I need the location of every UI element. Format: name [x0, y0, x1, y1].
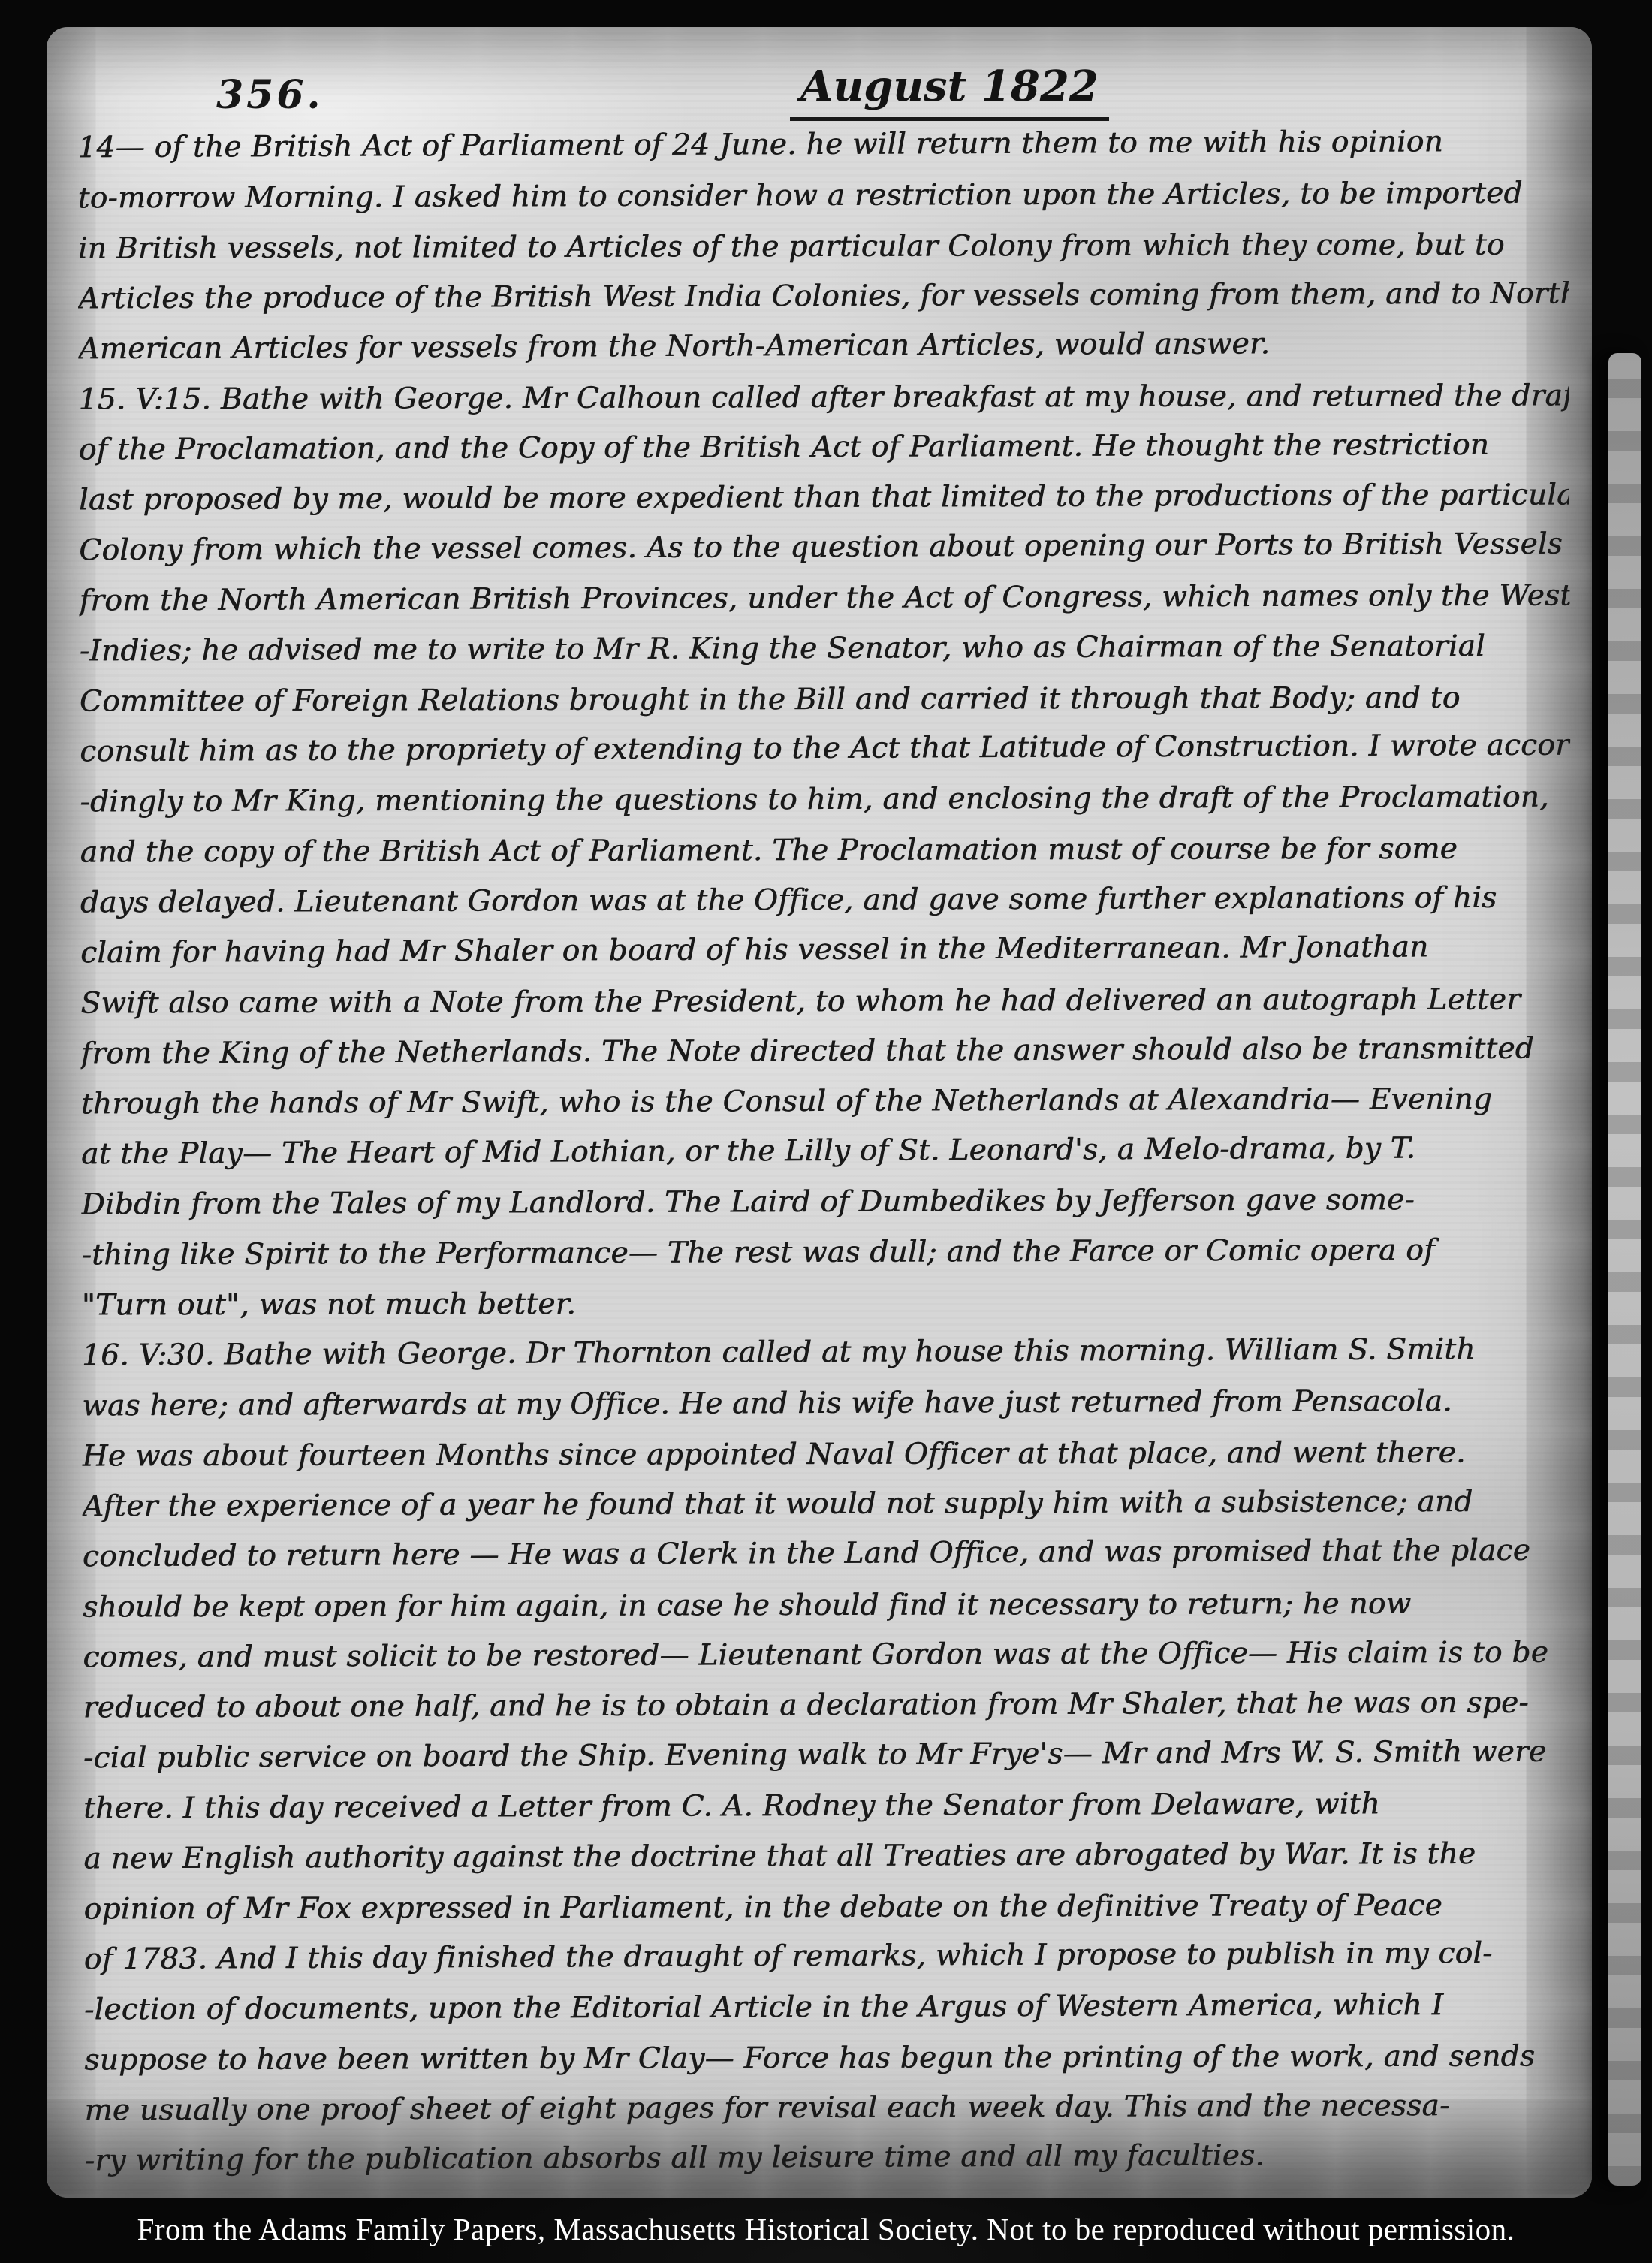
manuscript-line: Committee of Foreign Relations brought i…	[80, 672, 1570, 726]
manuscript-line: in British vessels, not limited to Artic…	[78, 219, 1569, 273]
manuscript-line: should be kept open for him again, in ca…	[83, 1578, 1573, 1632]
manuscript-line: suppose to have been written by Mr Clay—…	[84, 2031, 1575, 2085]
manuscript-line: -Indies; he advised me to write to Mr R.…	[80, 621, 1570, 677]
manuscript-line: days delayed. Lieutenant Gordon was at t…	[80, 873, 1571, 928]
manuscript-line: of 1783. And I this day finished the dra…	[84, 1928, 1575, 1985]
manuscript-page: 356. August 1822 14— of the British Act …	[47, 27, 1592, 2198]
manuscript-line: at the Play— The Heart of Mid Lothian, o…	[81, 1123, 1572, 1180]
manuscript-line: "Turn out", was not much better.	[82, 1276, 1572, 1330]
page-number: 356.	[216, 72, 324, 118]
manuscript-line: through the hands of Mr Swift, who is th…	[81, 1074, 1572, 1130]
manuscript-line: Colony from which the vessel comes. As t…	[79, 519, 1569, 576]
adjacent-page-edge	[1608, 353, 1641, 2186]
manuscript-line: concluded to return here — He was a Cler…	[83, 1525, 1573, 1583]
manuscript-line: Dibdin from the Tales of my Landlord. Th…	[81, 1175, 1572, 1230]
manuscript-line: reduced to about one half, and he is to …	[83, 1678, 1573, 1733]
manuscript-line: -ry writing for the publication absorbs …	[85, 2129, 1575, 2186]
manuscript-line: of the Proclamation, and the Copy of the…	[79, 420, 1569, 475]
manuscript-line: 16. V:30. Bathe with George. Dr Thornton…	[82, 1324, 1572, 1381]
manuscript-line: from the King of the Netherlands. The No…	[80, 1024, 1571, 1079]
manuscript-line: After the experience of a year he found …	[83, 1477, 1573, 1532]
manuscript-line: -dingly to Mr King, mentioning the quest…	[80, 772, 1570, 828]
scan-background: 356. August 1822 14— of the British Act …	[0, 0, 1652, 2263]
manuscript-line: consult him as to the propriety of exten…	[80, 720, 1570, 777]
manuscript-line: -thing like Spirit to the Performance— T…	[81, 1225, 1572, 1281]
manuscript-line: claim for having had Mr Shaler on board …	[80, 922, 1571, 979]
header-date: August 1822	[790, 62, 1109, 121]
manuscript-line: to-morrow Morning. I asked him to consid…	[77, 168, 1568, 224]
manuscript-line: 14— of the British Act of Parliament of …	[77, 116, 1568, 173]
manuscript-line: was here; and afterwards at my Office. H…	[82, 1376, 1572, 1432]
manuscript-line: Articles the produce of the British West…	[78, 269, 1569, 324]
manuscript-line: there. I this day received a Letter from…	[83, 1779, 1574, 1834]
manuscript-text: 14— of the British Act of Parliament of …	[77, 118, 1575, 2186]
manuscript-line: a new English authority against the doct…	[83, 1829, 1574, 1884]
manuscript-line: He was about fourteen Months since appoi…	[82, 1427, 1572, 1481]
manuscript-line: from the North American British Province…	[79, 571, 1569, 626]
manuscript-line: Swift also came with a Note from the Pre…	[80, 974, 1571, 1028]
manuscript-line: and the copy of the British Act of Parli…	[80, 823, 1571, 877]
manuscript-line: comes, and must solicit to be restored— …	[83, 1628, 1573, 1683]
manuscript-line: last proposed by me, would be more exped…	[79, 470, 1569, 526]
manuscript-line: -lection of documents, upon the Editoria…	[84, 1980, 1575, 2035]
manuscript-line: 15. V:15. Bathe with George. Mr Calhoun …	[78, 370, 1569, 424]
manuscript-line: me usually one proof sheet of eight page…	[84, 2080, 1575, 2136]
manuscript-line: American Articles for vessels from the N…	[78, 318, 1569, 375]
manuscript-line: opinion of Mr Fox expressed in Parliamen…	[83, 1880, 1574, 1934]
manuscript-line: -cial public service on board the Ship. …	[83, 1727, 1574, 1784]
footer-credit: From the Adams Family Papers, Massachuse…	[0, 2211, 1652, 2247]
